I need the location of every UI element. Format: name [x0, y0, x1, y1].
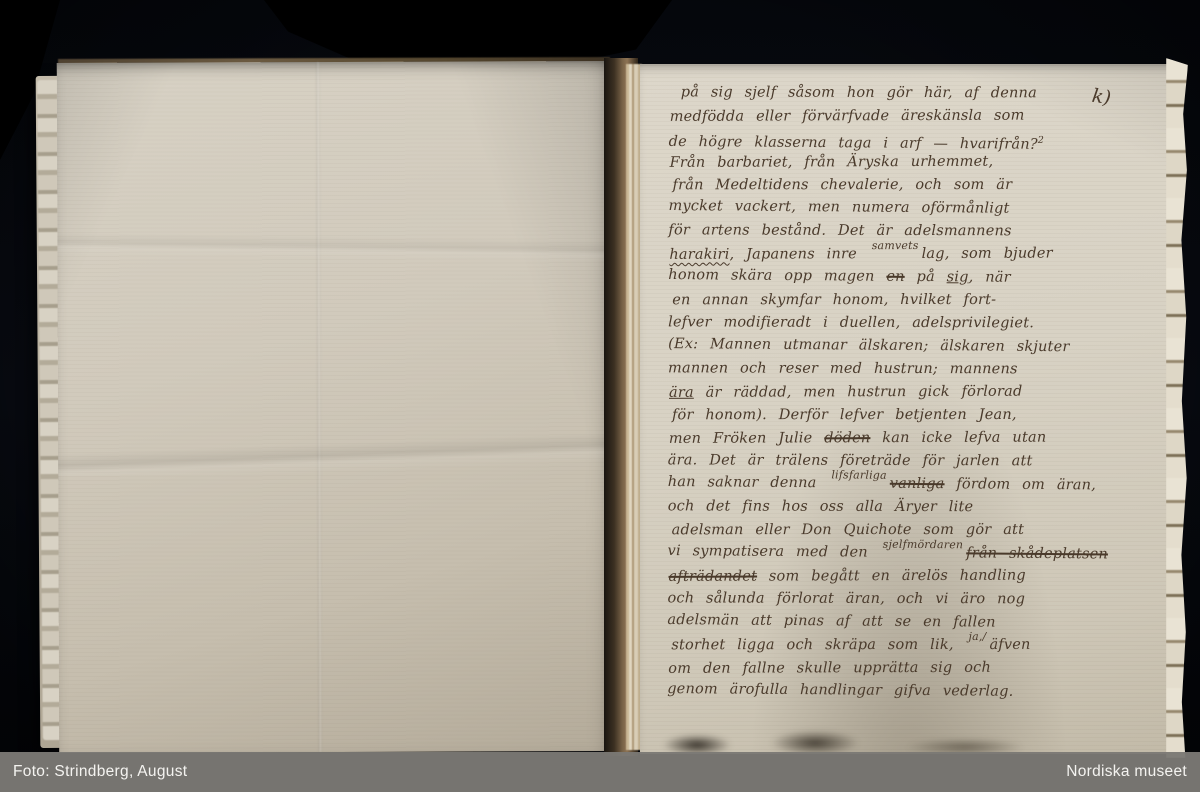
- manuscript-line: adelsmän att pinas af att se en fallen: [667, 609, 1167, 636]
- manuscript-line: en annan skymfar honom, hvilket fort-: [672, 289, 1172, 312]
- manuscript-line: de högre klasserna taga i arf — hvarifrå…: [669, 126, 1169, 153]
- manuscript-line: ära är räddad, men hustrun gick förlorad: [669, 380, 1169, 405]
- manuscript-line: från Medeltidens chevalerie, och som är: [673, 174, 1173, 197]
- photographer-credit: Foto: Strindberg, August: [13, 763, 187, 781]
- manuscript-line: vi sympatisera med den sjelfmördarenfrån…: [667, 540, 1167, 567]
- manuscript-line: harakiri, Japanens inre samvetslag, som …: [669, 242, 1169, 267]
- manuscript-line: medfödda eller förvärfvade äreskänsla so…: [670, 104, 1170, 129]
- manuscript-line: för honom). Derför lefver betjenten Jean…: [672, 404, 1172, 427]
- manuscript-line: han saknar denna lifsfarligavanliga förd…: [668, 471, 1168, 498]
- museum-credit: Nordiska museet: [1066, 763, 1187, 781]
- manuscript-line: mannen och reser med hustrun; mannens: [668, 357, 1168, 381]
- paper-crease: [58, 434, 610, 476]
- manuscript-line: och sålunda förlorat äran, och vi äro no…: [667, 587, 1167, 611]
- caption-bar: Foto: Strindberg, August Nordiska museet: [0, 752, 1200, 792]
- manuscript-line: honom skära opp magen en på sig, när: [668, 264, 1168, 291]
- left-page-blank: [57, 61, 611, 753]
- archive-photo: på sig sjelf såsom hon gör här, af denna…: [0, 0, 1200, 792]
- manuscript-line: Från barbariet, från Äryska urhemmet,: [670, 150, 1170, 175]
- manuscript-line: afträdandet som begått en ärelös handlin…: [668, 564, 1168, 589]
- page-marking: k): [1091, 85, 1113, 109]
- manuscript-line: mycket vackert, men numera oförmånligt: [668, 195, 1168, 222]
- manuscript-lines: på sig sjelf såsom hon gör här, af denna…: [667, 81, 1169, 703]
- manuscript-line: om den fallne skulle upprätta sig och: [668, 656, 1168, 681]
- manuscript-line: ära. Det är trälens företräde för jarlen…: [668, 449, 1168, 473]
- manuscript-line: och det fins hos oss alla Äryer lite: [668, 495, 1168, 519]
- manuscript-line: (Ex: Mannen utmanar älskaren; älskaren s…: [668, 333, 1168, 360]
- manuscript-line: genom ärofulla handlingar gifva vederlag…: [667, 678, 1167, 705]
- paper-fold-line: [316, 62, 322, 752]
- manuscript-line: storhet ligga och skräpa som lik, ja,/äf…: [671, 634, 1171, 657]
- paper-crease: [57, 227, 609, 263]
- manuscript-line: lefver modifieradt i duellen, adelsprivi…: [668, 311, 1168, 335]
- manuscript-line: men Fröken Julie döden kan icke lefva ut…: [669, 426, 1169, 451]
